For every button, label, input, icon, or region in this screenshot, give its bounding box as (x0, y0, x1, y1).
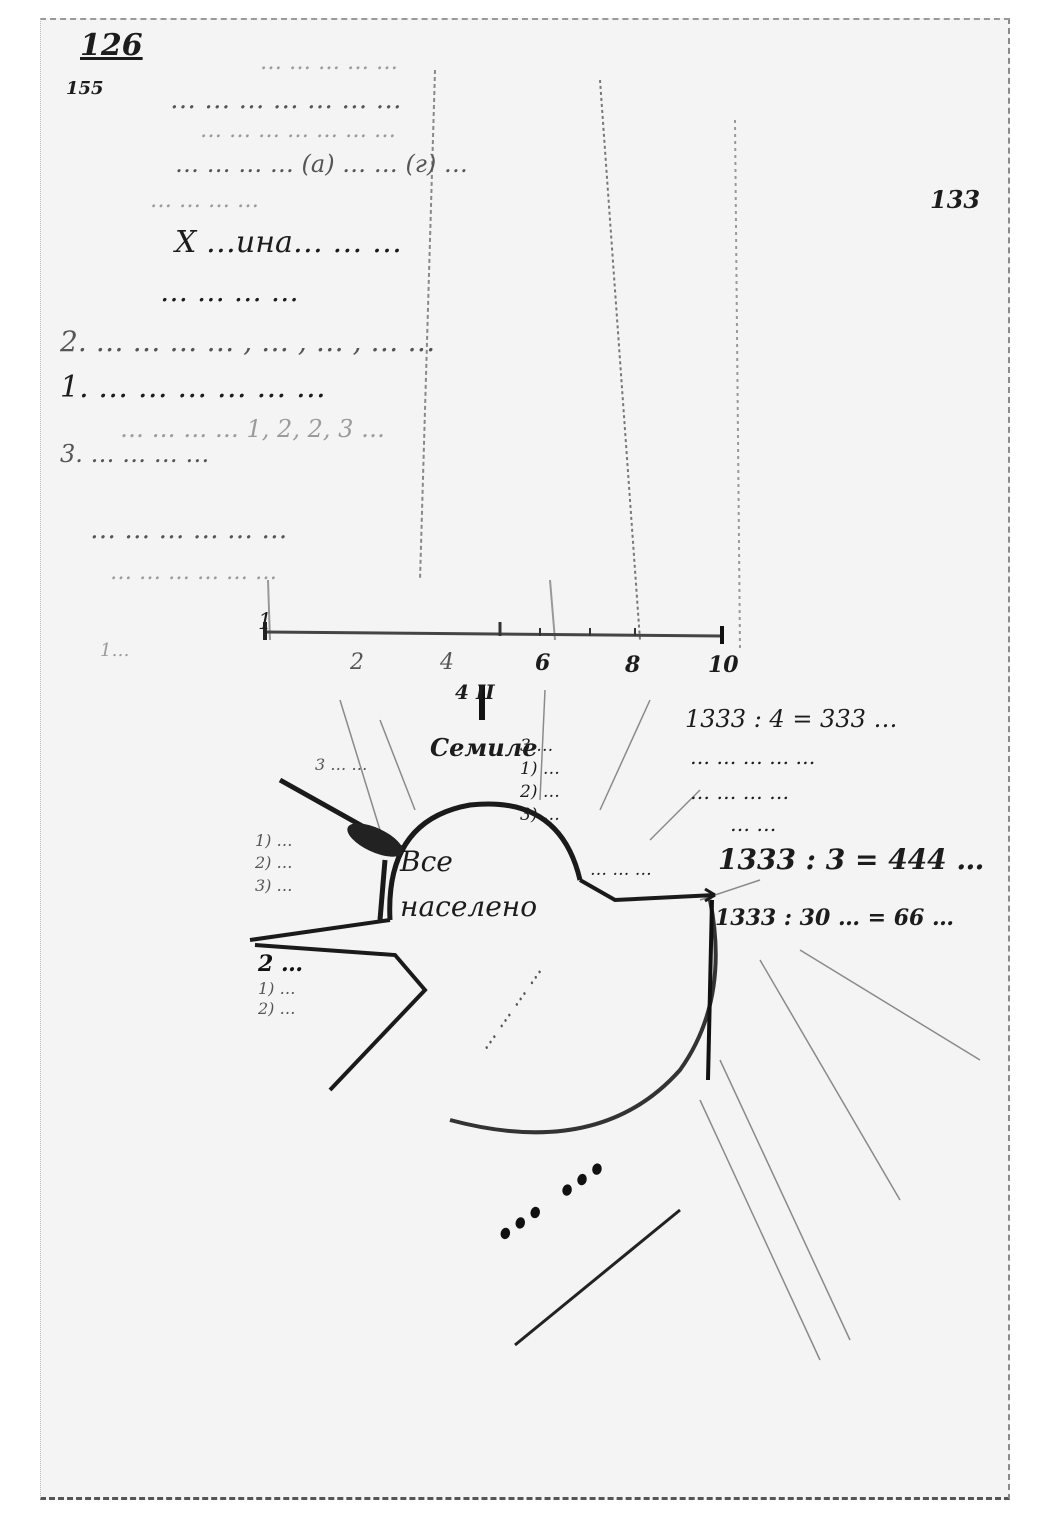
lower-line: … … … … … … (90, 515, 287, 545)
sector-right-edge: … … … (590, 860, 652, 880)
sector-left-box: 2 … 1) … 2) … (258, 950, 303, 1020)
body-line: 2. … … … … , … , … , … … (60, 325, 435, 358)
header-line: … … … … … (260, 50, 398, 75)
calculation-line: 1333 : 3 = 444 … (718, 843, 984, 876)
right-arrow (580, 880, 715, 900)
diagram-rays (340, 690, 980, 1360)
scale-marker: 4 II (455, 680, 495, 704)
ruling-line (735, 120, 740, 650)
calculation-line: 1333 : 4 = 333 … (685, 705, 898, 733)
scale-tick-label: 6 (535, 650, 550, 676)
scale-tick-label: 2 (350, 650, 364, 675)
header-line: … … … … (а) … … (г) … (175, 150, 468, 178)
tick-left-label: 1… (100, 640, 129, 661)
page-number-top-right: 133 (930, 185, 980, 214)
lower-line: … … … … … … (110, 560, 277, 585)
scale-tick-label: 1 (258, 610, 272, 635)
scale-tick-label: 8 (625, 652, 640, 678)
body-line: 1. … … … … … … (60, 370, 326, 405)
ruling-line (600, 80, 640, 640)
scale-tick-label: 10 (708, 652, 739, 678)
sector-right-list: 3 … 1) … 2) … 3) … (520, 735, 560, 827)
calculation-line: … … … … … (690, 745, 815, 769)
sector-left-list: 1) … 2) … 3) … (255, 830, 293, 897)
diagram-center-top: Семиле (430, 735, 500, 761)
body-line: … … … … (160, 275, 299, 308)
header-line: … … … … (150, 188, 259, 213)
sector-upper-left: 3 … … (315, 755, 367, 774)
scale-axis (265, 622, 722, 644)
header-line: … … … … … … … (170, 85, 402, 115)
body-line: … … … … 1, 2, 2, 3 … (120, 415, 385, 443)
line-marker: X (175, 225, 196, 260)
page-number-top-left: 126 (80, 28, 143, 63)
body-line: 3. … … … … (60, 440, 209, 468)
page-subnumber: 155 (66, 78, 104, 99)
diagram-center-core: Все населено (400, 840, 580, 930)
scale-tick-label: 4 (440, 650, 454, 675)
header-line: … … … … … … … (200, 118, 396, 143)
calculation-line: … … (730, 812, 776, 836)
calculation-line: … … … … (690, 780, 789, 804)
body-line: X …ина… … … (175, 225, 402, 260)
calculation-line: 1333 : 30 … = 66 … (715, 905, 954, 931)
ruling-line (550, 580, 555, 640)
